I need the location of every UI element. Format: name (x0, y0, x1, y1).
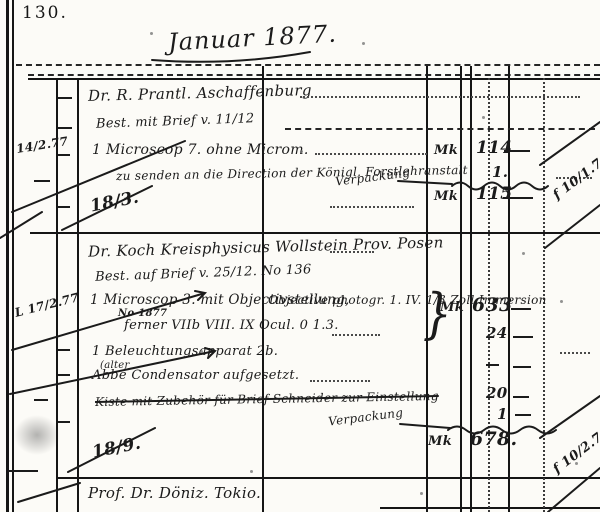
entry2-margin-left-date: L 17/2.77 (13, 290, 80, 319)
entry1-margin-right-note: f 10/1.7 (550, 156, 600, 203)
entry2-margin-slash-bottom (548, 468, 600, 512)
entry2-margin-slash-top (540, 396, 600, 438)
table-top-rule-b (28, 78, 600, 80)
entry1-leader-2 (285, 128, 595, 130)
entry2-leader-3 (560, 352, 590, 354)
ink-speck (150, 32, 153, 35)
entry2-amount-3-pf-dash (513, 366, 531, 368)
entry2-order-note: Best. auf Brief v. 25/12. No 136 (95, 262, 312, 285)
column-rule-center (262, 66, 264, 512)
entry1-order-note: Best. mit Brief v. 11/12 (96, 111, 255, 132)
entry2-leader-4 (310, 380, 370, 382)
entry2-amount-2-pf-dash (513, 336, 533, 338)
page-edge-rule-outer (6, 0, 9, 512)
entry1-amount-1: 114 (476, 138, 512, 158)
entry1-currency-1: Mk (434, 143, 458, 158)
entry2-customer: Dr. Koch Kreisphysicus Wollstein Prov. P… (88, 233, 444, 260)
ink-speck (482, 116, 485, 119)
entry2-item2: ferner VIIb VIII. IX Ocul. 0 1.3. (124, 318, 339, 333)
ink-speck (522, 252, 525, 255)
entry1-date-mark: 18/3. (89, 187, 141, 216)
scan-smudge (14, 415, 60, 455)
row-dash (58, 154, 70, 156)
entry1-item1: 1 Microscop 7. ohne Microm. (92, 142, 309, 158)
entry2-item5-struck: Kiste mit Zubehör für Brief Schneider zu… (95, 389, 439, 409)
ink-speck (575, 462, 578, 465)
entry2-amount-3-ditto-dash (486, 364, 499, 366)
ink-speck (300, 150, 303, 153)
column-rule-amount-a (460, 66, 462, 512)
entry2-amount-2: 24 (486, 324, 507, 342)
entry2-item4: Abbé Condensator aufgesetzt. (92, 368, 299, 383)
entry2-amount-4: 20 (486, 384, 507, 402)
entry2-amount-1: 633 (472, 294, 513, 316)
ink-speck (560, 300, 563, 303)
table-top-rule-a (28, 74, 600, 76)
page-title: Januar 1877. (167, 20, 337, 57)
entry3-check-slash (18, 483, 80, 502)
ink-speck (250, 470, 253, 473)
entry2-currency-total: Mk (428, 434, 452, 449)
entry3-customer: Prof. Dr. Döniz. Tokio. (88, 484, 261, 502)
row-dash (58, 374, 70, 376)
entry1-currency-total: Mk (434, 189, 458, 204)
entry1-leader-5 (330, 206, 414, 208)
entry1-packing-stroke (398, 181, 452, 184)
ledger-scan-page: 130. Januar 1877. Dr. R. Prantl. Aschaff… (0, 0, 600, 512)
entry2-amount-4-pf-dash (513, 396, 529, 398)
row-dash (34, 180, 50, 182)
entry2-date-mark: 18/9. (91, 433, 143, 462)
entry1-total-pf-dash (503, 197, 533, 199)
row-dash (58, 97, 72, 99)
row-dash (58, 127, 72, 129)
table-top-rule-dashed (16, 64, 600, 66)
entry2-item3: 1 Beleuchtungsapparat 2b. (92, 344, 278, 359)
row-dash (58, 349, 70, 351)
ink-speck (200, 350, 203, 353)
entry1-shipping-note: zu senden an die Direction der Königl. F… (116, 163, 468, 183)
entry2-margin-right-note: f 10/2.7 (550, 430, 600, 477)
bottom-cut-rule (380, 507, 600, 509)
entry2-leader-2 (332, 334, 380, 336)
entry2-packing-pf-dash (515, 414, 531, 416)
row-dash (34, 399, 48, 401)
entry1-packing-amount: 1. (492, 163, 508, 181)
entry2-amount-1-pf-dash (511, 308, 531, 310)
entry1-leader-1 (300, 96, 580, 98)
row-dash (58, 206, 70, 208)
entry2-leader-1 (330, 251, 374, 253)
entry1-leader-3 (315, 153, 427, 155)
entry1-margin-left-date: 14/2.77 (15, 134, 69, 156)
entry-separator-2 (56, 477, 600, 479)
entry1-amount-1-pf-dash (504, 150, 530, 152)
entry2-packing-label: Verpackung (327, 405, 404, 428)
entry2-total: 678. (470, 428, 517, 450)
entry1-margin-slash-bottom (545, 205, 600, 248)
entry2-currency-1: Mk (440, 300, 464, 315)
entry1-total: 115 (476, 184, 512, 204)
entry1-customer: Dr. R. Prantl. Aschaffenburg (88, 81, 312, 105)
page-number: 130. (22, 3, 68, 23)
row-dash (8, 470, 38, 472)
ink-speck (362, 42, 365, 45)
entry-separator-1 (30, 232, 600, 234)
entry2-packing-amount: 1 (497, 405, 508, 423)
ink-speck (420, 492, 423, 495)
entry2-packing-stroke (400, 424, 450, 428)
